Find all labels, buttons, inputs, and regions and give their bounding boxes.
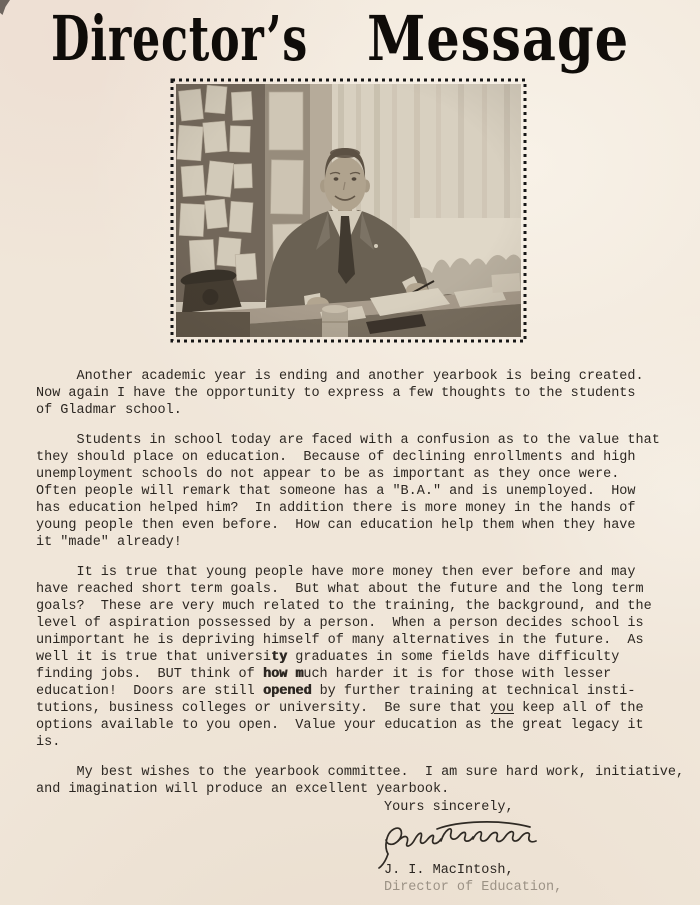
title-word-directors: Director’s [51, 8, 308, 70]
letter-closing: Yours sincerely, J. I. MacIntosh, Direct… [384, 799, 562, 896]
letter-paragraph: It is true that young people have more m… [36, 564, 700, 751]
signatory-title: Director of Education, [384, 879, 562, 896]
letter-body: Another academic year is ending and anot… [36, 368, 700, 811]
valediction: Yours sincerely, [384, 799, 562, 816]
letter-paragraph: Another academic year is ending and anot… [36, 368, 700, 419]
director-photo [170, 78, 527, 343]
signature-handwriting [378, 822, 548, 860]
letter-paragraph: My best wishes to the yearbook committee… [36, 764, 700, 798]
signatory-name: J. I. MacIntosh, [384, 862, 562, 879]
yearbook-page: Director’s Message [0, 0, 700, 905]
title-word-message: Message [367, 8, 629, 70]
letter-paragraph: Students in school today are faced with … [36, 432, 700, 551]
director-photo-illustration [170, 78, 527, 343]
page-corner-mark [0, 0, 10, 15]
